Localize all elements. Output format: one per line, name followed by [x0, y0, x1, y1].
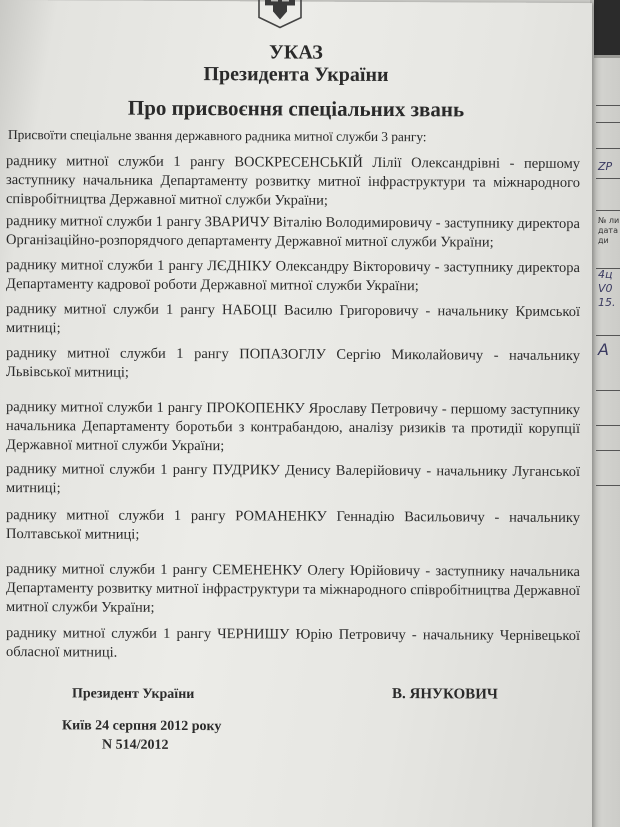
decree-entry: раднику митної служби 1 рангу СЕМЕНЕНКУ …	[6, 560, 580, 620]
adjacent-page-scribble: ZP	[598, 160, 612, 173]
adjacent-page-line	[596, 148, 620, 149]
decree-intro: Присвоїти спеціальне звання державного р…	[8, 127, 426, 145]
decree-entry: раднику митної служби 1 рангу НАБОЦІ Вас…	[6, 300, 580, 341]
adjacent-page-scribble: 4ц	[598, 268, 613, 281]
decree-entry: раднику митної служби 1 рангу ПОПАЗОГЛУ …	[6, 344, 580, 385]
decree-number: N 514/2012	[102, 738, 169, 754]
decree-entry: раднику митної служби 1 рангу ПУДРИКУ Де…	[6, 460, 580, 501]
adjacent-page-line	[596, 178, 620, 179]
adjacent-page-scribble: А	[598, 340, 609, 359]
decree-entry: раднику митної служби 1 рангу РОМАНЕНКУ …	[6, 506, 580, 547]
adjacent-page-label: № ли	[598, 216, 619, 225]
adjacent-page-line	[596, 335, 620, 336]
decree-entry: раднику митної служби 1 рангу ЧЕРНИШУ Юр…	[6, 624, 580, 665]
adjacent-page-line	[596, 122, 620, 123]
adjacent-page-line	[596, 105, 620, 106]
decree-title: Про присвоєння спеціальних звань	[0, 95, 592, 123]
adjacent-page-line	[596, 485, 620, 486]
adjacent-page	[590, 0, 620, 827]
decree-page: УКАЗ Президента України Про присвоєння с…	[0, 0, 592, 827]
decree-entry: раднику митної служби 1 рангу ВОСКРЕСЕНС…	[6, 152, 580, 212]
adjacent-page-line	[596, 390, 620, 391]
adjacent-page-scribble: V0	[598, 282, 613, 295]
decree-subheading: Президента України	[0, 62, 592, 88]
place-date: Київ 24 серпня 2012 року	[62, 718, 221, 735]
signature-name: В. ЯНУКОВИЧ	[392, 686, 498, 704]
decree-entry: раднику митної служби 1 рангу ПРОКОПЕНКУ…	[6, 398, 580, 458]
adjacent-page-line	[596, 425, 620, 426]
adjacent-page-line	[596, 450, 620, 451]
decree-entry: раднику митної служби 1 рангу ЗВАРИЧУ Ві…	[6, 212, 580, 253]
adjacent-page-label: ди	[598, 236, 609, 245]
signature-title: Президент України	[72, 686, 194, 703]
coat-of-arms-icon	[255, 0, 305, 30]
adjacent-page-scribble: 15.	[598, 296, 616, 309]
adjacent-page-line	[596, 210, 620, 211]
adjacent-page-label: дата	[598, 226, 618, 235]
adjacent-page-photo	[594, 0, 620, 58]
decree-entry: раднику митної служби 1 рангу ЛЄДНІКУ Ол…	[6, 256, 580, 297]
